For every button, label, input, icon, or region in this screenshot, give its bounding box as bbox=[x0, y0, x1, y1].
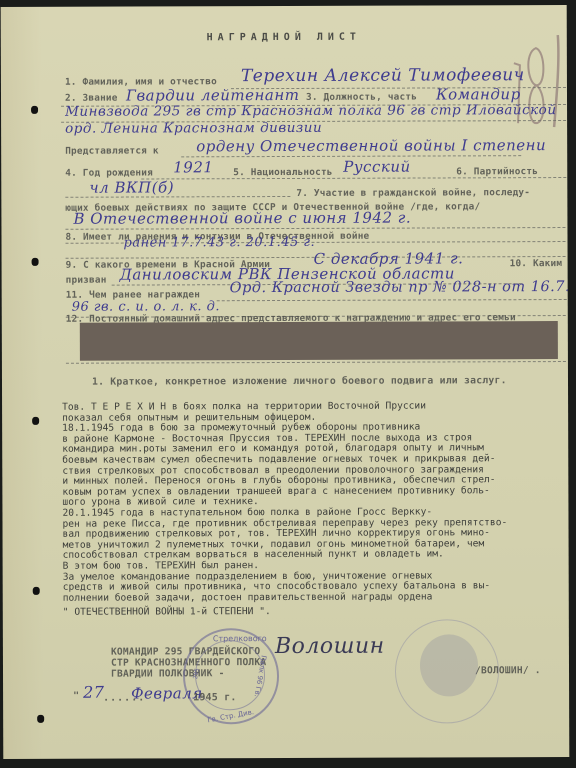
field-drafted-label: призван bbox=[66, 275, 107, 286]
field-war-participation-label-1: 7. Участие в гражданской войне, последу- bbox=[296, 187, 530, 199]
punch-hole bbox=[32, 258, 39, 266]
field-drafted-by-label: 10. Каким РВК bbox=[510, 258, 570, 269]
redaction-block bbox=[80, 321, 558, 361]
punch-hole bbox=[32, 417, 39, 425]
regiment-stamp: Стрелкового Полк 96 Гв. Гв. Стр. Див. 29… bbox=[183, 628, 279, 724]
field-birth-year-value: 1921 bbox=[173, 158, 213, 176]
official-seal bbox=[395, 619, 499, 723]
rule bbox=[65, 196, 290, 198]
punch-hole bbox=[31, 106, 38, 114]
award-sheet-paper: НАГРАДНОЙ ЛИСТ 1. Фамилия, имя и отчеств… bbox=[1, 5, 570, 759]
citation-line: " ОТЕЧЕСТВЕННОЙ ВОЙНЫ 1-й СТЕПЕНИ ". bbox=[63, 606, 563, 618]
field-party-label: 6. Партийность bbox=[456, 166, 538, 177]
rule bbox=[66, 361, 566, 364]
field-position-value-3: орд. Ленина Краснознам дивизии bbox=[65, 120, 322, 137]
field-position-label: 3. Должность, часть bbox=[306, 92, 417, 103]
field-birth-year-label: 4. Год рождения bbox=[65, 167, 153, 178]
date-month: Февраля bbox=[131, 684, 203, 702]
date-year: 1945 г. bbox=[193, 692, 237, 703]
rule bbox=[141, 177, 566, 179]
field-position-value-2: Минвзвода 295 гв стр Краснознам полка 96… bbox=[65, 102, 557, 120]
field-position-value-1: Командир bbox=[436, 85, 521, 103]
seal-emblem-icon bbox=[420, 634, 478, 696]
date-day: 27 bbox=[83, 683, 104, 702]
nominated-label: Представляется к bbox=[65, 145, 159, 156]
citation-body: Тов. Т Е Р Е Х И Н в боях полка на терри… bbox=[62, 401, 563, 619]
date-prefix: " bbox=[73, 691, 79, 702]
punch-hole bbox=[37, 715, 44, 723]
stamp-text-bottom: Гв. Стр. Див. bbox=[207, 708, 255, 724]
field-nationality-value: Русский bbox=[343, 158, 410, 176]
stamp-text-top: Стрелкового bbox=[213, 634, 267, 643]
citation-line: полнении боевой задачи, достоен правител… bbox=[63, 592, 563, 604]
field-name-value: Терехин Алексей Тимофеевич bbox=[241, 65, 525, 86]
document-title: НАГРАДНОЙ ЛИСТ bbox=[1, 31, 567, 44]
section-heading: 1. Краткое, конкретное изложение личного… bbox=[92, 375, 507, 387]
field-rank-value: Гвардии лейтенант bbox=[126, 86, 299, 105]
field-wounds-value: ранен 17.7.43 г. 20.1.45 г. bbox=[123, 235, 315, 251]
field-party-value: чл ВКП(б) bbox=[89, 178, 174, 196]
field-prior-awards-value-1: Орд. Красной Звезды пр № 028-н от 16.7.4… bbox=[230, 279, 570, 296]
field-nationality-label: 5. Национальность bbox=[233, 167, 332, 178]
nominated-value: ордену Отечественной войны I степени bbox=[196, 136, 546, 155]
rule bbox=[217, 299, 567, 301]
handwritten-signature: Волошин bbox=[275, 634, 385, 659]
field-rank-label: 2. Звание bbox=[65, 93, 118, 104]
punch-hole bbox=[33, 587, 40, 595]
field-war-participation-value: В Отечественной войне с июня 1942 г. bbox=[73, 209, 411, 228]
